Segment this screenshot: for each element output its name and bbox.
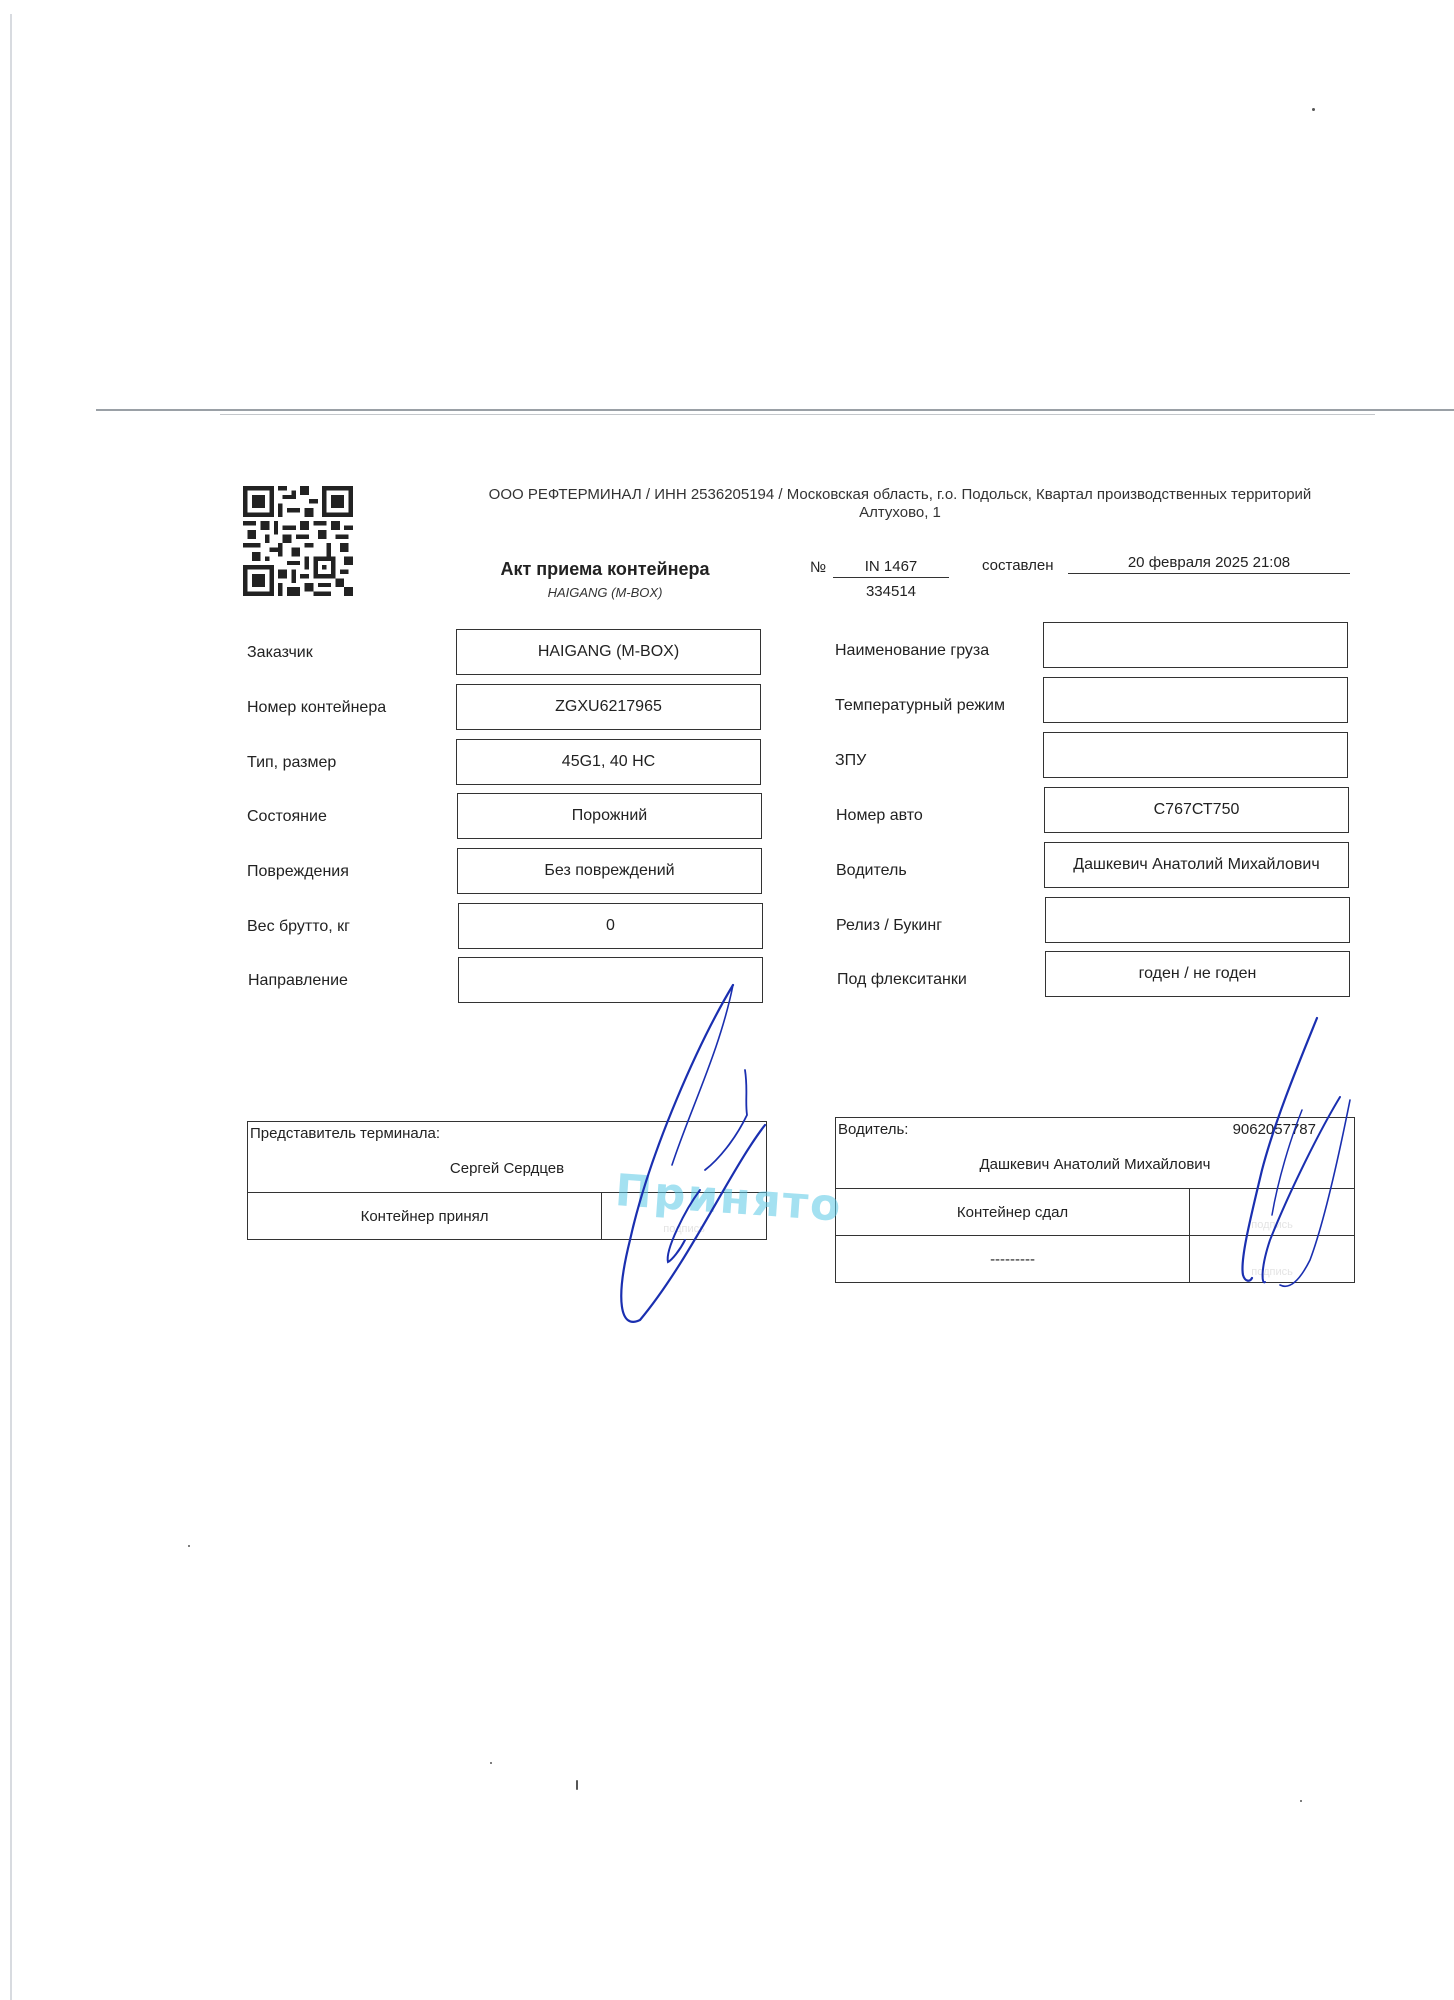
driver-field: Дашкевич Анатолий Михайлович	[1044, 842, 1349, 888]
driver-label: Водитель	[836, 862, 907, 880]
damage-label: Повреждения	[247, 863, 349, 881]
signature-hint: подпись	[1190, 1219, 1354, 1231]
page-edge	[10, 14, 12, 2000]
flexitank-field: годен / не годен	[1045, 951, 1350, 997]
vehicle-number-label: Номер авто	[836, 807, 923, 825]
damage-field: Без повреждений	[457, 848, 762, 894]
cargo-name-label: Наименование груза	[835, 642, 989, 660]
company-line-1: ООО РЕФТЕРМИНАЛ / ИНН 2536205194 / Моско…	[450, 486, 1350, 504]
document-title: Акт приема контейнера	[465, 559, 745, 580]
seal-field	[1043, 732, 1348, 778]
number-sign: №	[810, 559, 826, 576]
type-size-label: Тип, размер	[247, 754, 336, 772]
direction-label: Направление	[248, 972, 348, 990]
customer-field: HAIGANG (M-BOX)	[456, 629, 761, 675]
qr-code-icon	[243, 486, 353, 596]
direction-field	[458, 957, 763, 1003]
customer-label: Заказчик	[247, 644, 313, 662]
cargo-name-field	[1043, 622, 1348, 668]
driver-block-name: Дашкевич Анатолий Михайлович	[836, 1156, 1354, 1173]
release-booking-label: Релиз / Букинг	[836, 917, 942, 935]
type-size-field: 45G1, 40 HC	[456, 739, 761, 785]
container-accepted-label: Контейнер принял	[248, 1193, 602, 1240]
seal-label: ЗПУ	[835, 752, 866, 770]
release-booking-field	[1045, 897, 1350, 943]
document-number-sub: 334514	[833, 583, 949, 600]
company-info: ООО РЕФТЕРМИНАЛ / ИНН 2536205194 / Моско…	[450, 486, 1350, 522]
separator-line	[96, 409, 1454, 411]
condition-field: Порожний	[457, 793, 762, 839]
signature-hint: подпись	[1190, 1266, 1354, 1278]
container-number-label: Номер контейнера	[247, 699, 386, 717]
driver-signature-slot-2: подпись	[1190, 1236, 1355, 1283]
scan-speck	[1312, 108, 1315, 111]
composed-date: 20 февраля 2025 21:08	[1068, 554, 1350, 574]
driver-phone: 9062057787	[1233, 1121, 1316, 1138]
document-number: IN 1467	[833, 558, 949, 578]
temperature-label: Температурный режим	[835, 697, 1005, 715]
driver-signature-block: Водитель: 9062057787 Дашкевич Анатолий М…	[835, 1117, 1355, 1283]
driver-signature-slot-1: подпись	[1190, 1189, 1355, 1236]
scan-speck	[490, 1762, 492, 1764]
container-number-field: ZGXU6217965	[456, 684, 761, 730]
flexitank-label: Под флекситанки	[837, 971, 967, 989]
condition-label: Состояние	[247, 808, 327, 826]
terminal-rep-label: Представитель терминала:	[250, 1125, 440, 1142]
composed-label: составлен	[982, 557, 1054, 574]
separator-line	[220, 414, 1375, 415]
gross-weight-field: 0	[458, 903, 763, 949]
scan-speck	[188, 1545, 190, 1547]
scan-speck	[1300, 1800, 1302, 1802]
vehicle-number-field: С767СТ750	[1044, 787, 1349, 833]
driver-block-label: Водитель:	[838, 1121, 908, 1138]
temperature-field	[1043, 677, 1348, 723]
gross-weight-label: Вес брутто, кг	[247, 918, 350, 936]
scan-speck	[576, 1780, 578, 1790]
document-subtitle: HAIGANG (M-BOX)	[465, 585, 745, 600]
company-line-2: Алтухово, 1	[450, 504, 1350, 522]
container-handed-over-label: Контейнер сдал	[836, 1189, 1190, 1236]
driver-extra-field: ---------	[836, 1236, 1190, 1283]
